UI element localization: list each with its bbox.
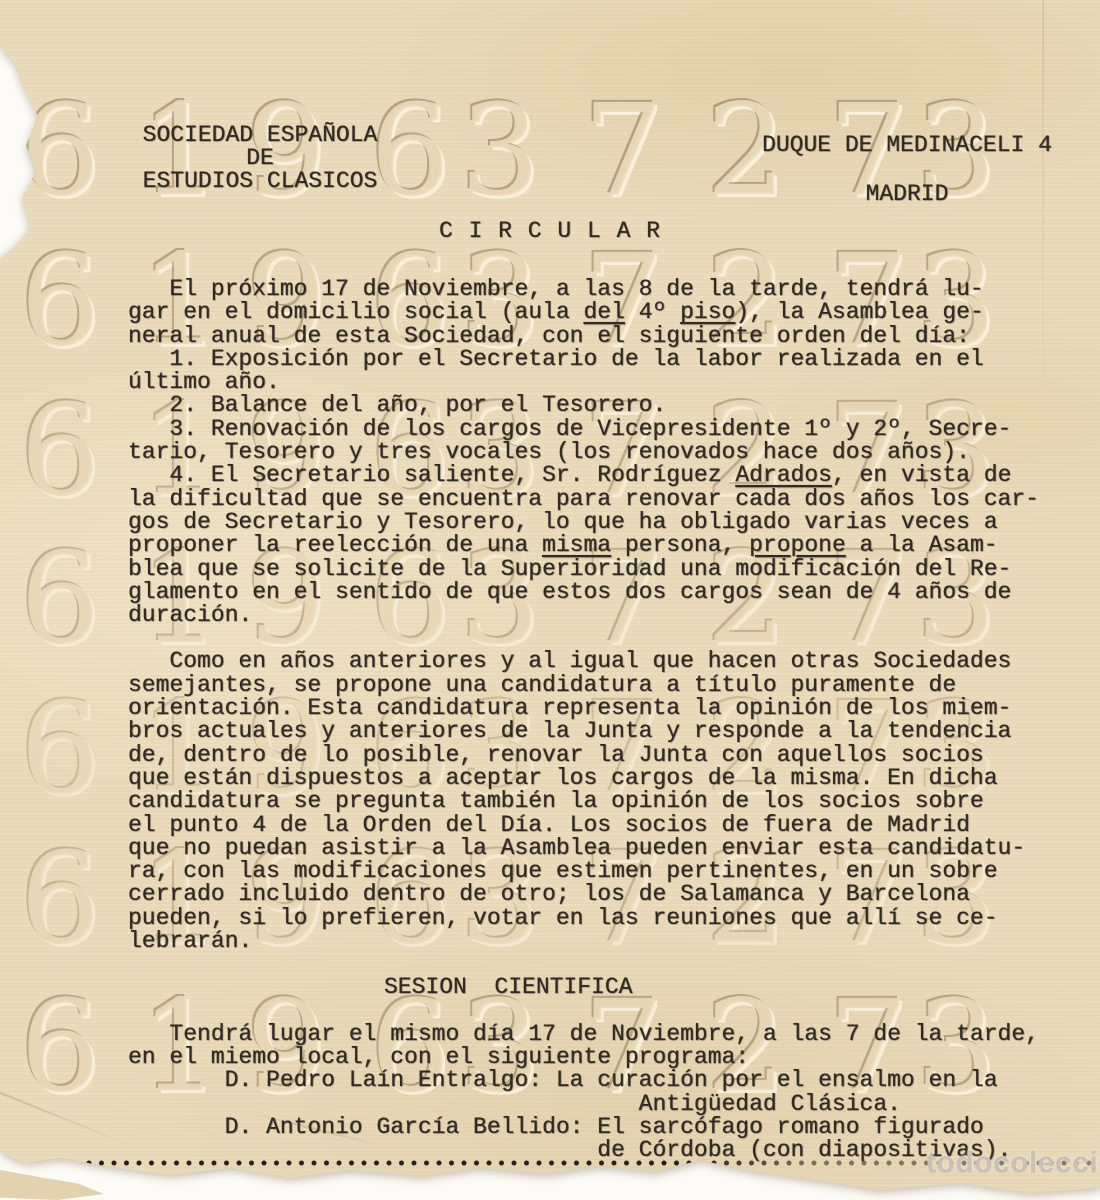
underlined-word: misma <box>542 532 611 558</box>
document-line: blea que se solicite de la Superioridad … <box>128 558 1039 581</box>
underlined-word: Adrados <box>735 462 832 488</box>
text-segment: blea que se solicite de la Superioridad … <box>128 556 1011 582</box>
text-segment: 4º <box>625 299 680 325</box>
text-segment: que no puedan asistir a la Asamblea pued… <box>128 835 1025 861</box>
letterhead-line: DE <box>138 147 382 170</box>
text-segment: proponer la reelección de una <box>128 532 542 558</box>
text-segment: cerrado incluido dentro de otro; los de … <box>128 881 970 907</box>
document-body: El próximo 17 de Noviembre, a las 8 de l… <box>128 278 1039 1185</box>
document-line: último año. <box>128 371 1039 394</box>
paragraph-sesion-cientifica: Tendrá lugar el mismo día 17 de Noviembr… <box>128 1023 1039 1163</box>
underlined-word: piso <box>680 299 735 325</box>
organization-letterhead: SOCIEDAD ESPAÑOLADEESTUDIOS CLASICOS <box>138 124 382 193</box>
underlined-word: del <box>583 299 624 325</box>
text-segment: de, dentro de lo posible, renovar la Jun… <box>128 742 984 768</box>
text-segment: Como en años anteriores y al igual que h… <box>128 648 1011 674</box>
text-segment: el punto 4 de la Orden del Día. Los soci… <box>128 812 970 838</box>
text-segment: Antigüedad Clásica. <box>128 1091 901 1117</box>
text-segment: ), la Asamblea ge- <box>735 299 983 325</box>
address-line: DUQUE DE MEDINACELI 4 <box>752 134 1062 157</box>
text-segment: D. Pedro Laín Entralgo: La curación por … <box>128 1067 998 1093</box>
document-line: que no puedan asistir a la Asamblea pued… <box>128 837 1039 860</box>
watermark-digit-layer: 3 <box>460 88 540 214</box>
document-line: Tendrá lugar el mismo día 17 de Noviembr… <box>128 1023 1039 1046</box>
text-segment: bros actuales y anteriores de la Junta y… <box>128 718 1011 744</box>
document-line: neral anual de esta Sociedad, con el sig… <box>128 325 1039 348</box>
address-letterhead: DUQUE DE MEDINACELI 4 MADRID <box>752 134 1062 206</box>
document-line: Como en años anteriores y al igual que h… <box>128 650 1039 673</box>
document-line: 4. El Secretario saliente, Sr. Rodríguez… <box>128 464 1039 487</box>
document-line: El próximo 17 de Noviembre, a las 8 de l… <box>128 278 1039 301</box>
text-segment: 1. Exposición por el Secretario de la la… <box>128 346 984 372</box>
document-line: el punto 4 de la Orden del Día. Los soci… <box>128 814 1039 837</box>
text-segment: Tendrá lugar el mismo día 17 de Noviembr… <box>128 1021 1039 1047</box>
document-line: pueden, si lo prefieren, votar en las re… <box>128 907 1039 930</box>
document-line: ra, con las modificaciones que estimen p… <box>128 860 1039 883</box>
text-segment: semejantes, se propone una candidatura a… <box>128 672 956 698</box>
document-line: orientación. Esta candidatura representa… <box>128 697 1039 720</box>
watermark-digit-layer: 6 <box>20 836 100 962</box>
watermark-digit-layer: 6 <box>20 984 100 1110</box>
watermark-digit-layer: 6 <box>20 238 100 364</box>
document-line: Antigüedad Clásica. <box>128 1093 1039 1116</box>
text-segment: gar en el domicilio social (aula <box>128 299 583 325</box>
watermark-digit-layer: 6 <box>20 686 100 812</box>
document-line: bros actuales y anteriores de la Junta y… <box>128 720 1039 743</box>
document-title: C I R C U L A R <box>0 218 1100 244</box>
text-segment: en el miemo local, con el siguiente prog… <box>128 1044 749 1070</box>
document-line: 1. Exposición por el Secretario de la la… <box>128 348 1039 371</box>
todocoleccion-watermark: todocoleccion <box>926 1146 1100 1180</box>
document-line: gar en el domicilio social (aula del 4º … <box>128 301 1039 324</box>
document-line: duración. <box>128 604 1039 627</box>
text-segment: neral anual de esta Sociedad, con el sig… <box>128 323 970 349</box>
section-title: SESION CIENTIFICA <box>128 976 1039 999</box>
watermark-digit-layer: 7 <box>583 88 663 214</box>
document-line: candidatura se pregunta también la opini… <box>128 790 1039 813</box>
paragraph-candidatura: Como en años anteriores y al igual que h… <box>128 650 1039 953</box>
document-line: lebrarán. <box>128 930 1039 953</box>
text-segment: lebrarán. <box>128 928 252 954</box>
text-segment: , en vista de <box>832 462 1011 488</box>
text-segment: 3. Renovación de los cargos de Vicepresi… <box>128 416 1011 442</box>
document-line: que están dispuestos a aceptar los cargo… <box>128 767 1039 790</box>
text-segment: pueden, si lo prefieren, votar en las re… <box>128 905 998 931</box>
underlined-word: propone <box>749 532 846 558</box>
watermark-digit-layer: 6 <box>20 536 100 662</box>
watermark-digit-layer: 6 <box>20 388 100 514</box>
text-segment: a la Asam- <box>846 532 998 558</box>
document-line: gos de Secretario y Tesorero, lo que ha … <box>128 511 1039 534</box>
text-segment: 4. El Secretario saliente, Sr. Rodríguez <box>128 462 735 488</box>
document-line: en el miemo local, con el siguiente prog… <box>128 1046 1039 1069</box>
text-segment: duración. <box>128 602 252 628</box>
letterhead-line: ESTUDIOS CLASICOS <box>138 170 382 193</box>
paper-shadow: 6661119996663337772227773336661119996663… <box>0 0 1100 1200</box>
document-line: la dificultad que se encuentra para reno… <box>128 488 1039 511</box>
letterhead-line: SOCIEDAD ESPAÑOLA <box>138 124 382 147</box>
text-segment: glamento en el sentido de que estos dos … <box>128 579 1011 605</box>
document-line: proponer la reelección de una misma pers… <box>128 534 1039 557</box>
paper-sheet: 6661119996663337772227773336661119996663… <box>0 0 1100 1200</box>
document-line: 2. Balance del año, por el Tesorero. <box>128 394 1039 417</box>
document-line: D. Pedro Laín Entralgo: La curación por … <box>128 1069 1039 1092</box>
text-segment: D. Antonio García Bellido: El sarcófago … <box>128 1114 984 1140</box>
watermark-digit-layer: 6 <box>20 88 100 214</box>
document-line: semejantes, se propone una candidatura a… <box>128 674 1039 697</box>
document-line: cerrado incluido dentro de otro; los de … <box>128 883 1039 906</box>
text-segment: persona, <box>611 532 749 558</box>
city-line: MADRID <box>752 183 1062 206</box>
paper-crease <box>1042 0 1044 430</box>
document-line: D. Antonio García Bellido: El sarcófago … <box>128 1116 1039 1139</box>
text-segment: candidatura se pregunta también la opini… <box>128 788 984 814</box>
scanned-document: 6661119996663337772227773336661119996663… <box>0 0 1100 1200</box>
document-line: glamento en el sentido de que estos dos … <box>128 581 1039 604</box>
document-line: tario, Tesorero y tres vocales (los reno… <box>128 441 1039 464</box>
text-segment: la dificultad que se encuentra para reno… <box>128 486 1039 512</box>
document-line: de, dentro de lo posible, renovar la Jun… <box>128 744 1039 767</box>
text-segment: 2. Balance del año, por el Tesorero. <box>128 392 666 418</box>
document-line: 3. Renovación de los cargos de Vicepresi… <box>128 418 1039 441</box>
paragraph-agenda: El próximo 17 de Noviembre, a las 8 de l… <box>128 278 1039 627</box>
watermark-digit-layer: 6 <box>370 88 450 214</box>
